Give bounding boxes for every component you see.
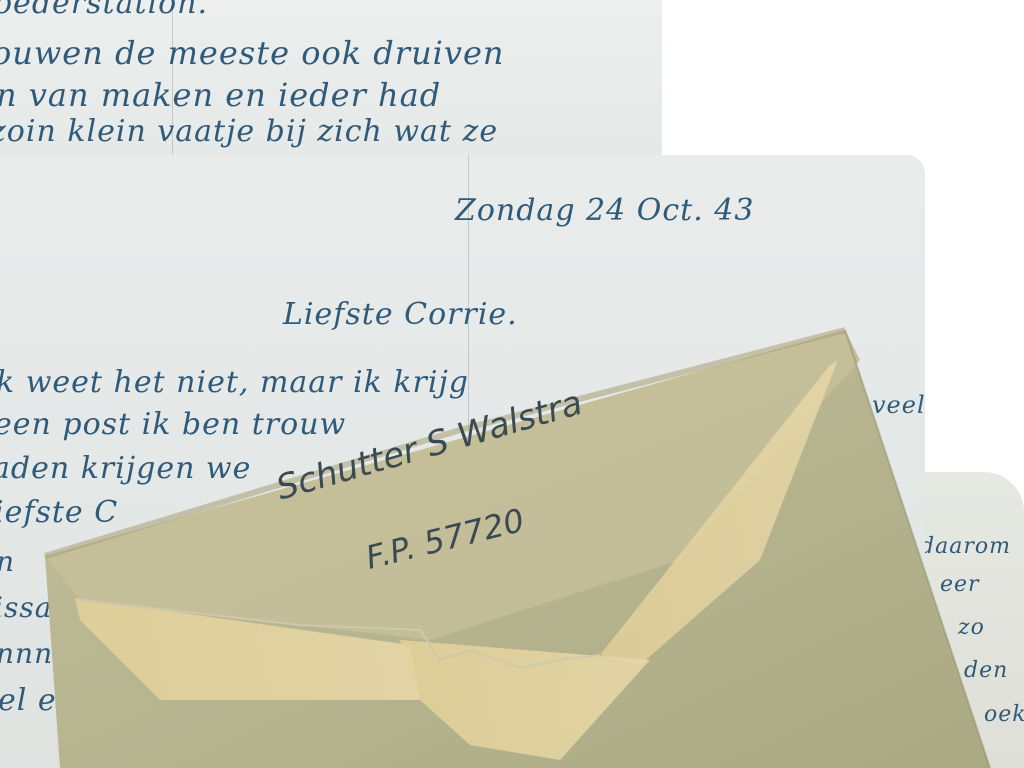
photo-scene: oederstation. ouwen de meeste ook druive… [0, 0, 1024, 768]
envelope [0, 0, 1024, 768]
